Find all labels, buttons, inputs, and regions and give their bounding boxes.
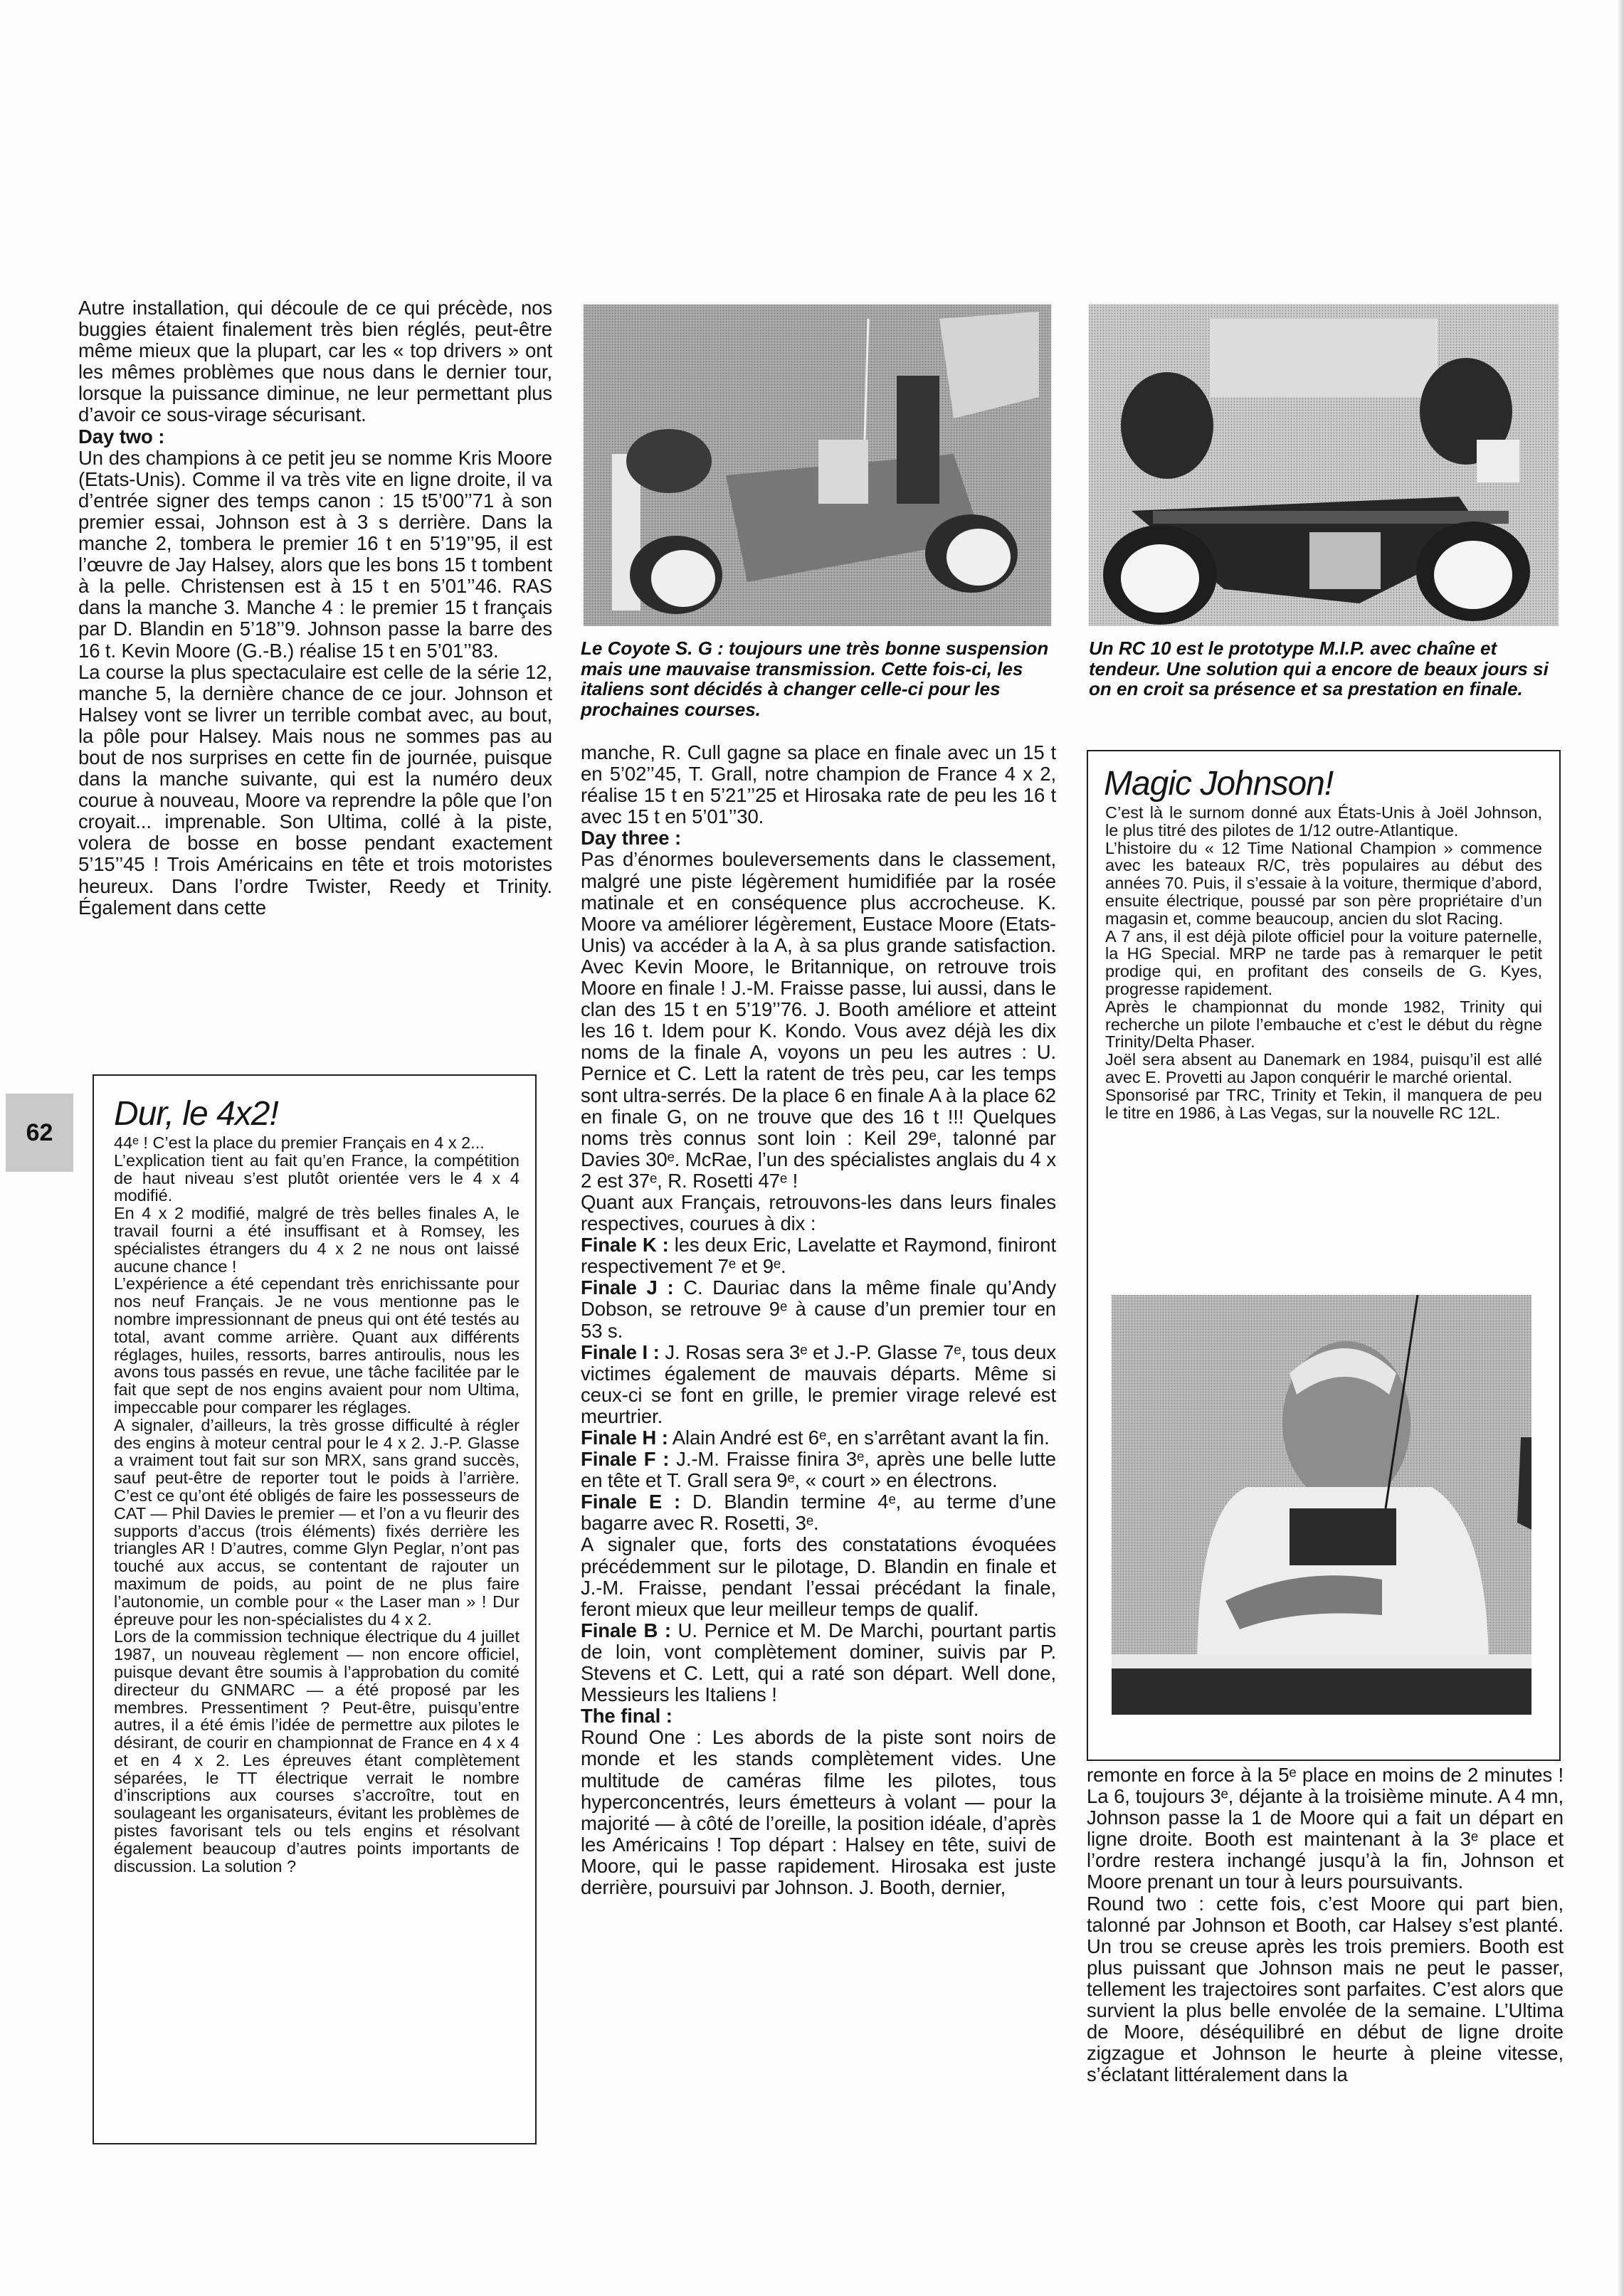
sidebar-paragraph: 44ᵉ ! C’est la place du premier Français… <box>114 1134 520 1152</box>
photo-coyote-buggy <box>584 305 1051 626</box>
finale-label: Finale K : <box>581 1234 669 1256</box>
finale-h-paragraph: Finale H : Alain André est 6ᵉ, en s’arrê… <box>581 1427 1056 1449</box>
photo-rc10-buggy <box>1089 305 1559 626</box>
buggy-photo-icon <box>584 305 1051 626</box>
sidebar-title: Magic Johnson! <box>1088 751 1559 804</box>
paragraph: manche, R. Cull gagne sa place en finale… <box>581 742 1056 827</box>
paragraph: Autre installation, qui découle de ce qu… <box>78 297 552 426</box>
sidebar-paragraph: L’explication tient au fait qu’en France… <box>114 1152 520 1205</box>
finale-f-paragraph: Finale F : J.-M. Fraisse finira 3ᵉ, aprè… <box>581 1449 1056 1491</box>
sidebar-paragraph: Lors de la commission technique électriq… <box>114 1628 520 1875</box>
scan-edge-shadow <box>1617 0 1624 2296</box>
finale-i-paragraph: Finale I : J. Rosas sera 3ᵉ et J.-P. Gla… <box>581 1342 1056 1427</box>
finale-j-paragraph: Finale J : C. Dauriac dans la même final… <box>581 1277 1056 1341</box>
sidebar-box-dur-le-4x2: Dur, le 4x2! 44ᵉ ! C’est la place du pre… <box>93 1074 537 2144</box>
photo-caption-coyote: Le Coyote S. G : toujours une très bonne… <box>581 638 1050 719</box>
finale-label: Finale B : <box>581 1619 671 1641</box>
finale-label: Finale I : <box>581 1341 660 1363</box>
finale-label: Finale J : <box>581 1276 674 1298</box>
sidebar-paragraph: En 4 x 2 modifié, malgré de très belles … <box>114 1205 520 1275</box>
sidebar-paragraph: L’histoire du « 12 Time National Champio… <box>1105 840 1542 928</box>
sidebar-paragraph: C’est là le surnom donné aux États-Unis … <box>1105 804 1542 840</box>
portrait-photo-icon <box>1112 1295 1531 1715</box>
buggy-photo-icon <box>1089 305 1559 626</box>
photo-joel-johnson <box>1112 1295 1531 1715</box>
article-column-middle: manche, R. Cull gagne sa place en finale… <box>581 742 1056 1898</box>
paragraph: remonte en force à la 5ᵉ place en moins … <box>1087 1765 1564 1893</box>
section-heading-day-three: Day three : <box>581 827 1056 849</box>
sidebar-body: 44ᵉ ! C’est la place du premier Français… <box>94 1134 535 1875</box>
finale-e-paragraph: Finale E : D. Blandin termine 4ᵉ, au ter… <box>581 1491 1056 1534</box>
page-number: 62 <box>26 1119 53 1147</box>
paragraph: Round two : cette fois, c’est Moore qui … <box>1087 1893 1564 2086</box>
section-heading-day-two: Day two : <box>78 426 552 448</box>
finale-label: Finale E : <box>581 1491 680 1513</box>
sidebar-body: C’est là le surnom donné aux États-Unis … <box>1088 804 1559 1121</box>
sidebar-paragraph: Sponsorisé par TRC, Trinity et Tekin, il… <box>1105 1086 1542 1122</box>
sidebar-paragraph: A signaler, d’ailleurs, la très grosse d… <box>114 1417 520 1629</box>
paragraph: A signaler que, forts des constatations … <box>581 1534 1056 1619</box>
paragraph: Round One : Les abords de la piste sont … <box>581 1727 1056 1898</box>
page-number-tab: 62 <box>6 1094 73 1172</box>
paragraph: Quant aux Français, retrouvons-les dans … <box>581 1192 1056 1234</box>
sidebar-paragraph: A 7 ans, il est déjà pilote officiel pou… <box>1105 928 1542 998</box>
article-column-left: Autre installation, qui découle de ce qu… <box>78 297 552 919</box>
section-heading-the-final: The final : <box>581 1705 1056 1727</box>
finale-b-paragraph: Finale B : U. Pernice et M. De Marchi, p… <box>581 1620 1056 1705</box>
photo-caption-rc10: Un RC 10 est le prototype M.I.P. avec ch… <box>1089 638 1559 699</box>
sidebar-paragraph: Joël sera absent au Danemark en 1984, pu… <box>1105 1051 1542 1086</box>
finale-text: Alain André est 6ᵉ, en s’arrêtant avant … <box>668 1427 1050 1449</box>
paragraph: Pas d’énormes bouleversements dans le cl… <box>581 849 1056 1192</box>
finale-k-paragraph: Finale K : les deux Eric, Lavelatte et R… <box>581 1234 1056 1277</box>
finale-label: Finale H : <box>581 1427 668 1449</box>
paragraph: Un des champions à ce petit jeu se nomme… <box>78 448 552 662</box>
sidebar-paragraph: Après le championnat du monde 1982, Trin… <box>1105 998 1542 1051</box>
article-column-right: remonte en force à la 5ᵉ place en moins … <box>1087 1765 1564 2085</box>
sidebar-paragraph: L’expérience a été cependant très enrich… <box>114 1275 520 1416</box>
magazine-page: Autre installation, qui découle de ce qu… <box>0 0 1624 2296</box>
sidebar-title: Dur, le 4x2! <box>94 1076 535 1134</box>
finale-label: Finale F : <box>581 1448 669 1470</box>
paragraph: La course la plus spectaculaire est cell… <box>78 662 552 919</box>
